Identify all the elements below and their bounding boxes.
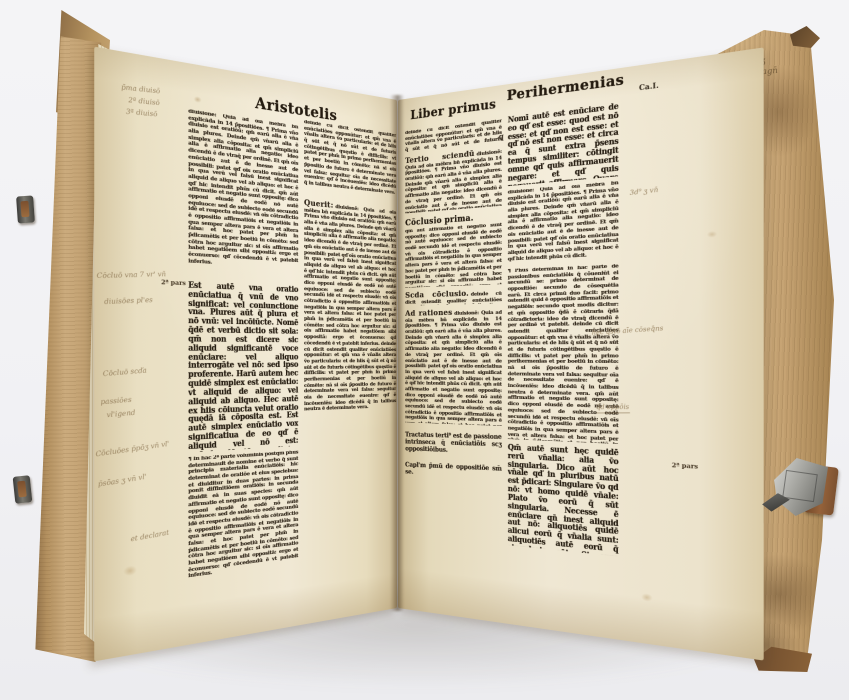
right-col-1: deinde cū dicit ostendit qualiter enūcia… — [405, 119, 502, 483]
marginalia-note: passiōes — [100, 396, 132, 408]
text-block: Scd̄a cōclusio.deinde cū dicit ostendit … — [405, 288, 502, 305]
marginalia-note: 3ª diuisō — [126, 108, 158, 120]
text-block: ¶ In hac 2ª parte voluminis postq̄m phūs… — [188, 450, 298, 590]
right-page: Liber primus Perihermenias Ca.I. deinde … — [398, 47, 764, 660]
guide-letter: q — [499, 131, 504, 141]
tractatus-line: Tractatus terti⁹ est de passione intrins… — [405, 431, 502, 457]
marginalia-note: p̄sōas ʒ vn̄ vl' — [98, 473, 147, 490]
marginalia-note: p̄ma diuisō — [121, 83, 161, 96]
capitulum-line: Capl'm p̄mū de oppositiōe sm̄ se. — [405, 461, 502, 478]
marginalia-note: Cōcluō scďa — [103, 367, 148, 380]
marginalia-note: vl'igend — [106, 409, 135, 421]
marginalia-note: q̄d oppōis — [596, 403, 629, 413]
marginalia-note: Cōcluōes p̄pōʒ vn̄ vl' — [95, 440, 169, 460]
lemma-text-bottom: Qm̄ autē sunt hęc quidē rerū vn̄alia: al… — [508, 443, 619, 556]
left-printed-margin-note: 2ª pars — [161, 280, 186, 288]
clasp — [770, 442, 846, 530]
right-running-title-perihermenias: Perihermenias — [498, 71, 635, 106]
clasp-catch-bottom-icon — [13, 475, 33, 504]
left-col-2: deinde cū dicit ostendit qualiter enūcia… — [304, 120, 396, 561]
text-block: qm̄ aūt affirmatio et negatio sunt oppos… — [405, 223, 502, 288]
clasp-catch-top-icon — [16, 195, 35, 223]
text-block: diuisionē: Quia ad oīa mēbra bn̄ explicā… — [508, 181, 619, 265]
marginalia-note: 2ª diuisō — [128, 96, 160, 108]
marginalia-note: diuisōes pl'es — [104, 296, 153, 307]
text-block: Tertio sciendūdiuisionē: Quia ad oīa mēb… — [405, 146, 502, 213]
marginalia-note: Cōcluō vna 7 vr' vn̄ — [96, 270, 166, 281]
marginalia-note: 3d⁹ ʒ vn̄ — [630, 186, 659, 198]
text-block: deinde cū dicit ostendit qualiter enūcia… — [304, 120, 396, 204]
board-corner-bumper — [790, 26, 820, 48]
chapter-label: Ca.I. — [639, 81, 659, 93]
text-block: Querit̄:diuisionē: Quia ad oīa mēbra bn̄… — [304, 199, 396, 557]
marginalia-note: et declarat — [130, 529, 169, 545]
text-block: diuisionē: Quia ad oīa mēbra bn̄ explicā… — [188, 109, 298, 281]
lemma-text: Est autē vna oratio enūciatiua q̄ vnū de… — [188, 281, 298, 453]
text-block: Ad rationesdiuisionē: Quia ad oīa mēbra … — [405, 307, 502, 426]
photo-stage: 3ra ao ſco ſʒ ratri Jo. d. lagn̄ Aristot… — [0, 0, 849, 700]
left-page: Aristotelis diuisionē: Quia ad oīa mēbra… — [94, 47, 397, 662]
right-printed-margin-note: 2ª pars — [672, 463, 698, 471]
gutter-shadow — [390, 95, 404, 611]
left-col-1: diuisionē: Quia ad oīa mēbra bn̄ explicā… — [188, 109, 298, 594]
commentary-block: ¶ Phūs determinās in hac parte de passio… — [508, 264, 619, 444]
lemma-text-top: Nomī autē est enūciare de eo qď est esse… — [508, 102, 619, 186]
